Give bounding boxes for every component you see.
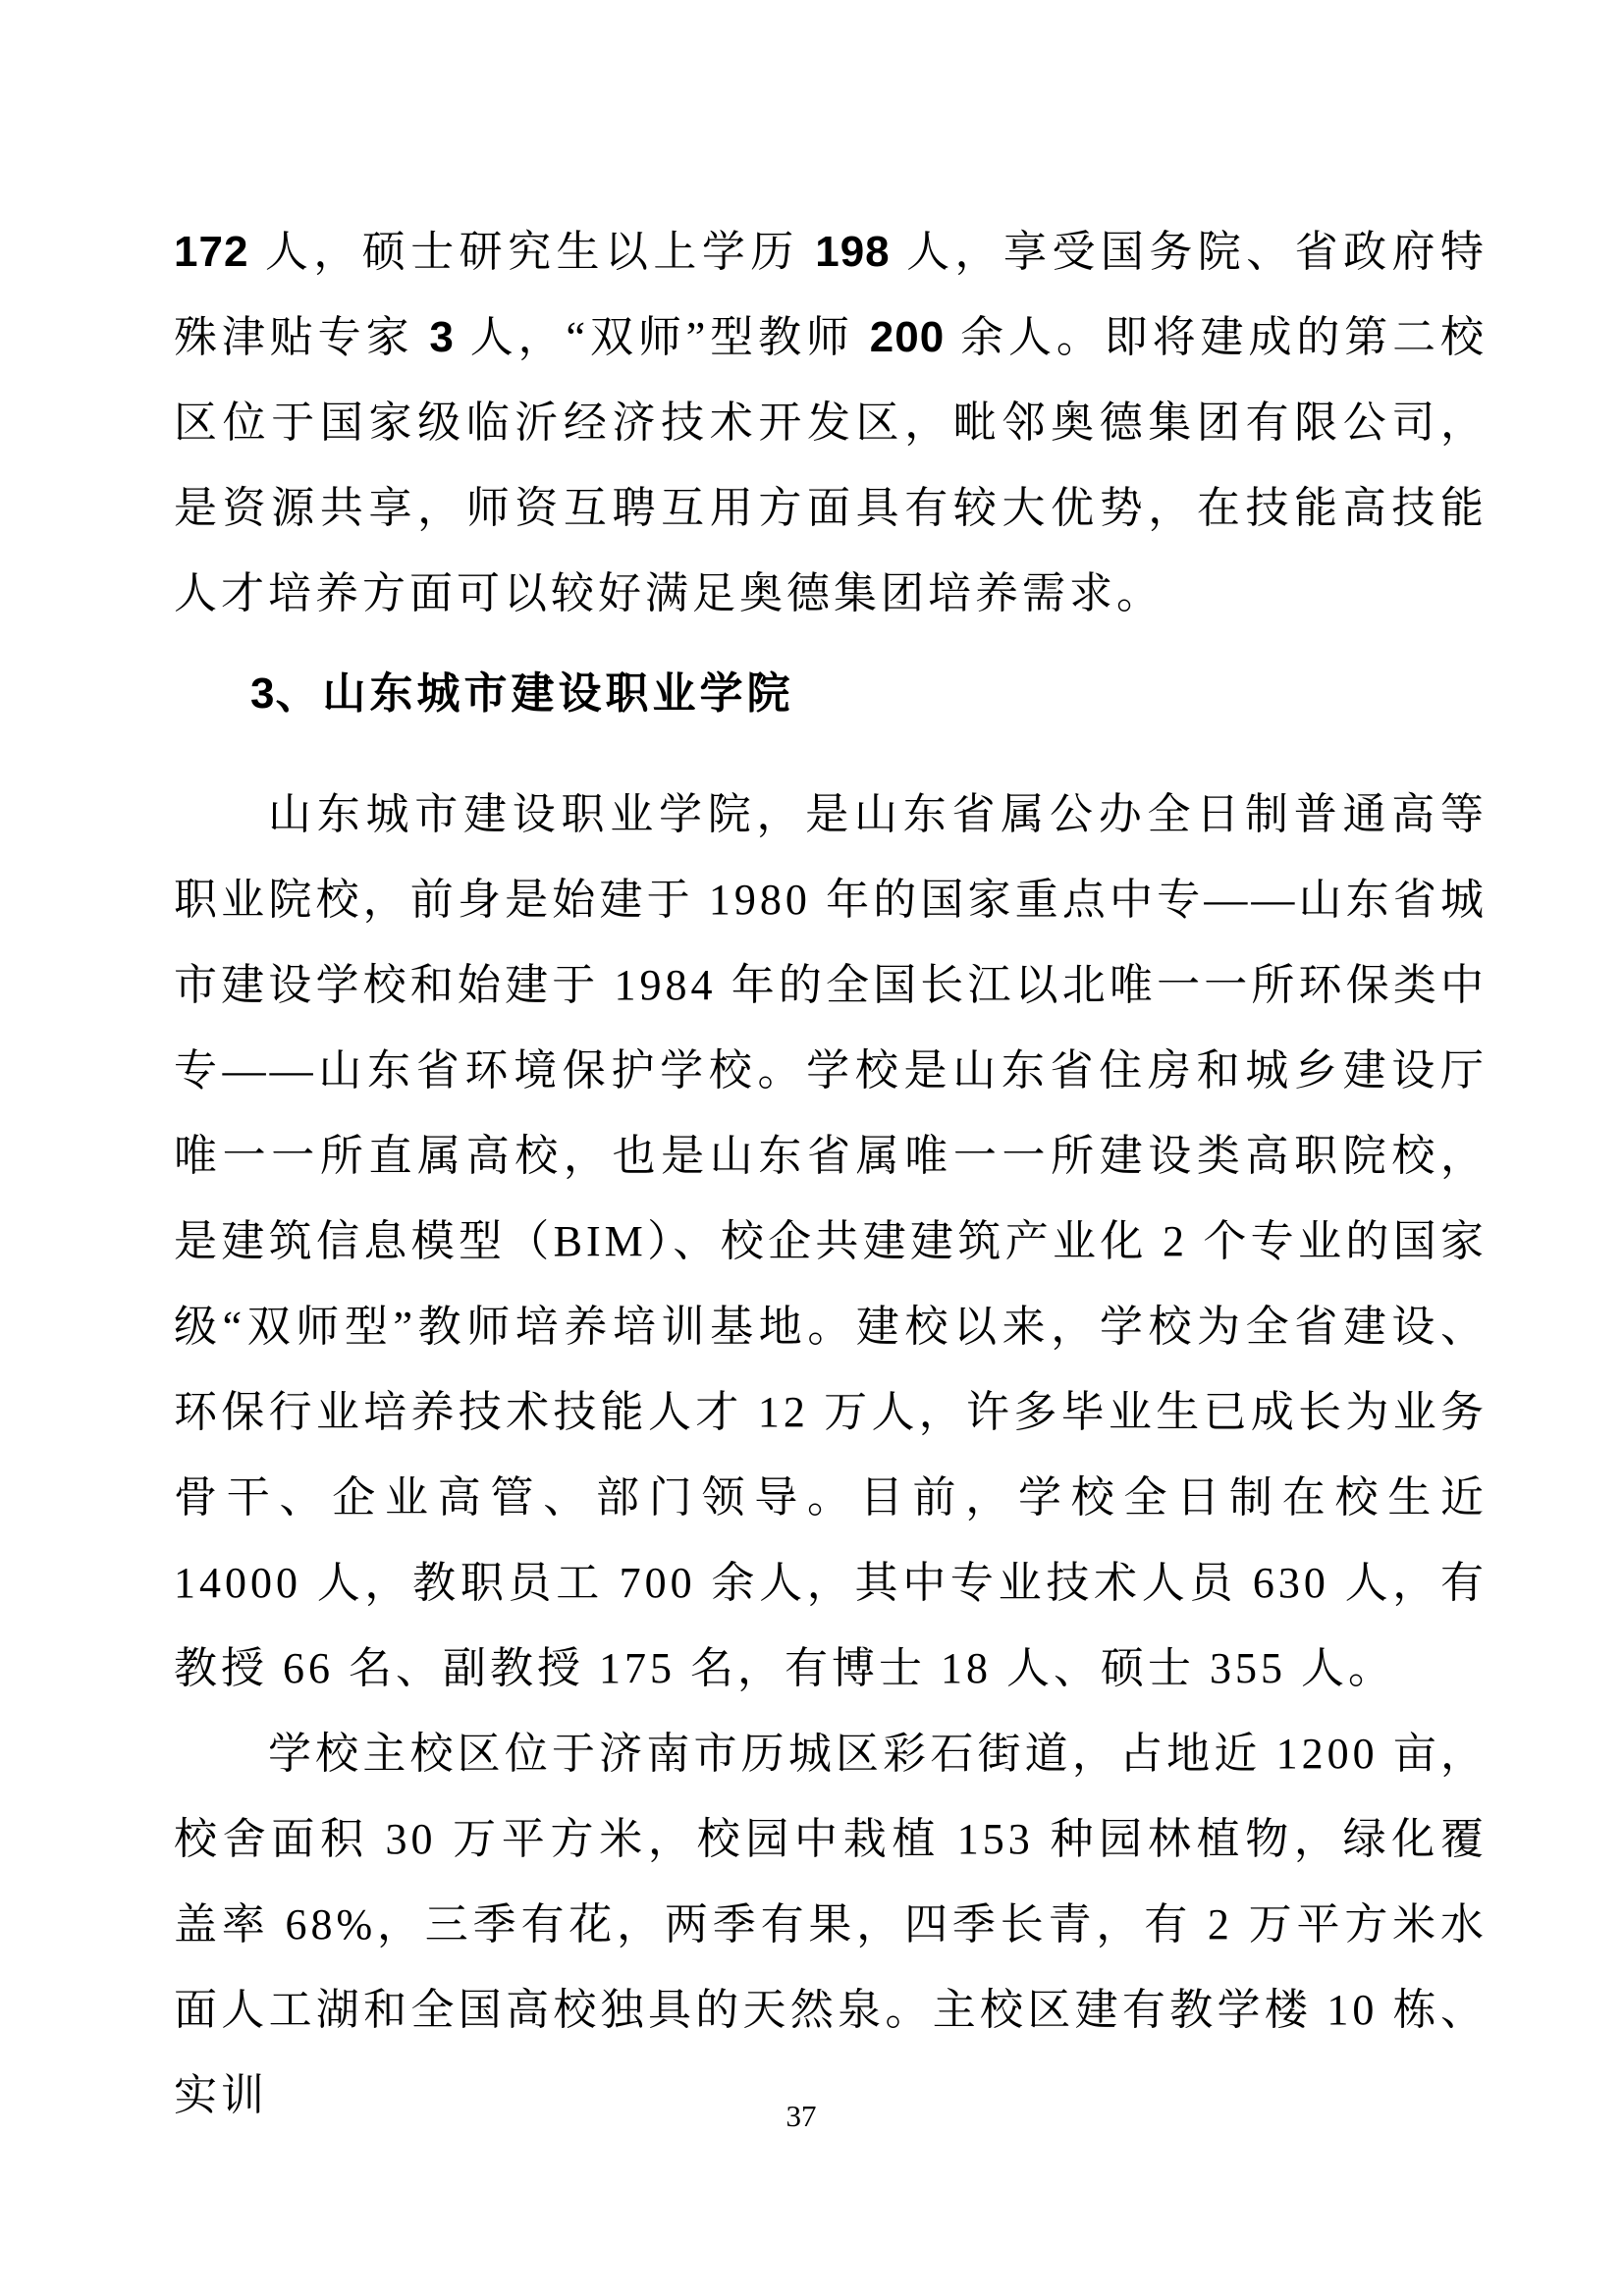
number-run: 172: [174, 228, 248, 276]
paragraph-continued: 172 人，硕士研究生以上学历 198 人，享受国务院、省政府特殊津贴专家 3 …: [174, 209, 1488, 636]
number-run: 200: [870, 313, 945, 361]
text-run: 山东城市建设职业学院，是山东省属公办全日制普通高等职业院校，前身是始建于 198…: [174, 790, 1488, 1692]
number-run: 3: [429, 313, 454, 361]
paragraph-school-intro: 山东城市建设职业学院，是山东省属公办全日制普通高等职业院校，前身是始建于 198…: [174, 772, 1488, 1711]
text-run: 学校主校区位于济南市历城区彩石街道，占地近 1200 亩，校舍面积 30 万平方…: [174, 1730, 1488, 2119]
document-page: 172 人，硕士研究生以上学历 198 人，享受国务院、省政府特殊津贴专家 3 …: [0, 0, 1624, 2296]
text-run: 、山东城市建设职业学院: [275, 669, 793, 718]
paragraph-campus: 学校主校区位于济南市历城区彩石街道，占地近 1200 亩，校舍面积 30 万平方…: [174, 1711, 1488, 2138]
number-run: 198: [815, 228, 890, 276]
section-heading: 3、山东城市建设职业学院: [174, 651, 1488, 736]
page-number: 37: [0, 2097, 1602, 2136]
text-run: 人，“双师”型教师: [455, 313, 870, 361]
number-run: 3: [250, 669, 275, 718]
text-run: 人，硕士研究生以上学历: [248, 228, 815, 276]
document-body: 172 人，硕士研究生以上学历 198 人，享受国务院、省政府特殊津贴专家 3 …: [174, 209, 1488, 2138]
